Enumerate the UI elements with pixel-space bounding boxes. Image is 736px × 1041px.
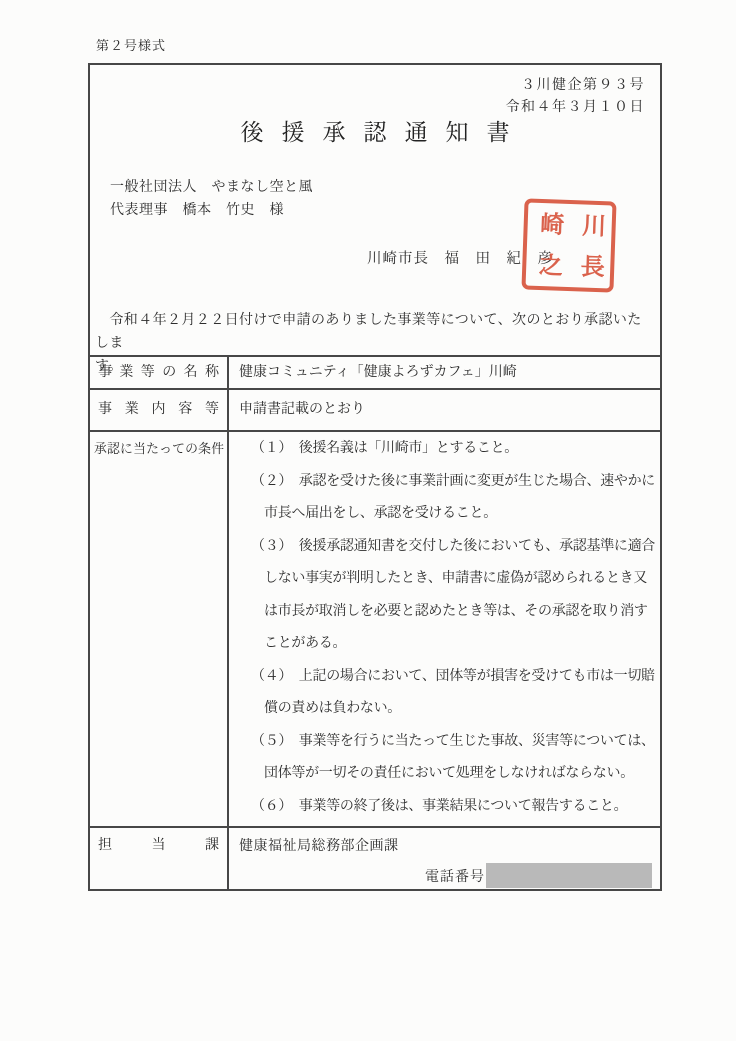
approval-statement-line: 令和４年２月２２日付けで申請のありました事業等について、次のとおり承認いたしま xyxy=(95,309,656,355)
document-header: ３川健企第９３号 令和４年３月１０日 後援承認通知書 一般社団法人 やまなし空と… xyxy=(90,65,660,355)
condition-line: 市長へ届出をし、承認を受けること。 xyxy=(251,498,656,531)
condition-line: ことがある。 xyxy=(251,628,656,661)
conditions-list: （１） 後援名義は「川崎市」とすること。（２） 承認を受けた後に事業計画に変更が… xyxy=(229,432,660,826)
table-row-department: 担当課 健康福祉局総務部企画課 電話番号 xyxy=(90,826,660,889)
recipient-organization: 一般社団法人 やまなし空と風 xyxy=(110,176,313,196)
conditions-label: 承認に当たっての条件 xyxy=(90,432,229,826)
phone-number-label: 電話番号 xyxy=(425,866,485,886)
department-value-cell: 健康福祉局総務部企画課 電話番号 xyxy=(229,828,660,889)
condition-line: （５） 事業等を行うに当たって生じた事故、災害等については、 xyxy=(251,726,656,759)
recipient-person: 代表理事 橋本 竹史 様 xyxy=(110,199,284,219)
document-title: 後援承認通知書 xyxy=(90,114,660,147)
project-content-label: 事業内容等 xyxy=(90,390,229,430)
phone-row: 電話番号 xyxy=(239,863,652,888)
condition-line: 償の責めは負わない。 xyxy=(251,693,656,726)
document-date: 令和４年３月１０日 xyxy=(506,96,646,116)
condition-line: は市長が取消しを必要と認めたとき等は、その承認を取り消す xyxy=(251,596,656,629)
condition-line: （６） 事業等の終了後は、事業結果について報告すること。 xyxy=(251,791,656,824)
document-reference-number: ３川健企第９３号 xyxy=(521,74,645,94)
table-row-conditions: 承認に当たっての条件 （１） 後援名義は「川崎市」とすること。（２） 承認を受け… xyxy=(90,430,660,826)
approval-statement-line: す。 xyxy=(95,355,656,378)
scanned-document-page: 第２号様式 ３川健企第９３号 令和４年３月１０日 後援承認通知書 一般社団法人 … xyxy=(0,0,736,1041)
approval-statement: 令和４年２月２２日付けで申請のありました事業等について、次のとおり承認いたしま … xyxy=(95,309,656,378)
condition-line: （２） 承認を受けた後に事業計画に変更が生じた場合、速やかに xyxy=(251,466,656,499)
seal-text-right-column: 川崎市 xyxy=(527,204,612,248)
table-row-project-content: 事業内容等 申請書記載のとおり xyxy=(90,388,660,430)
condition-line: （１） 後援名義は「川崎市」とすること。 xyxy=(251,433,656,466)
project-content-value: 申請書記載のとおり xyxy=(229,390,660,430)
phone-number-redaction xyxy=(486,863,652,888)
seal-text-left-column: 長之印 xyxy=(526,245,611,289)
department-name: 健康福祉局総務部企画課 xyxy=(239,836,652,858)
form-number-label: 第２号様式 xyxy=(96,35,166,54)
condition-line: しない事実が判明したとき、申請書に虚偽が認められるとき又 xyxy=(251,563,656,596)
condition-line: （３） 後援承認通知書を交付した後においても、承認基準に適合 xyxy=(251,531,656,564)
approval-details-table: 事業等の名称 健康コミュニティ「健康よろずカフェ」川崎 事業内容等 申請書記載の… xyxy=(90,355,660,889)
condition-line: （４） 上記の場合において、団体等が損害を受けても市は一切賠 xyxy=(251,661,656,694)
condition-line: 団体等が一切その責任において処理をしなければならない。 xyxy=(251,758,656,791)
department-label: 担当課 xyxy=(90,828,229,889)
mayor-seal-stamp: 川崎市 長之印 xyxy=(521,198,616,292)
document-border-box: ３川健企第９３号 令和４年３月１０日 後援承認通知書 一般社団法人 やまなし空と… xyxy=(88,63,662,891)
